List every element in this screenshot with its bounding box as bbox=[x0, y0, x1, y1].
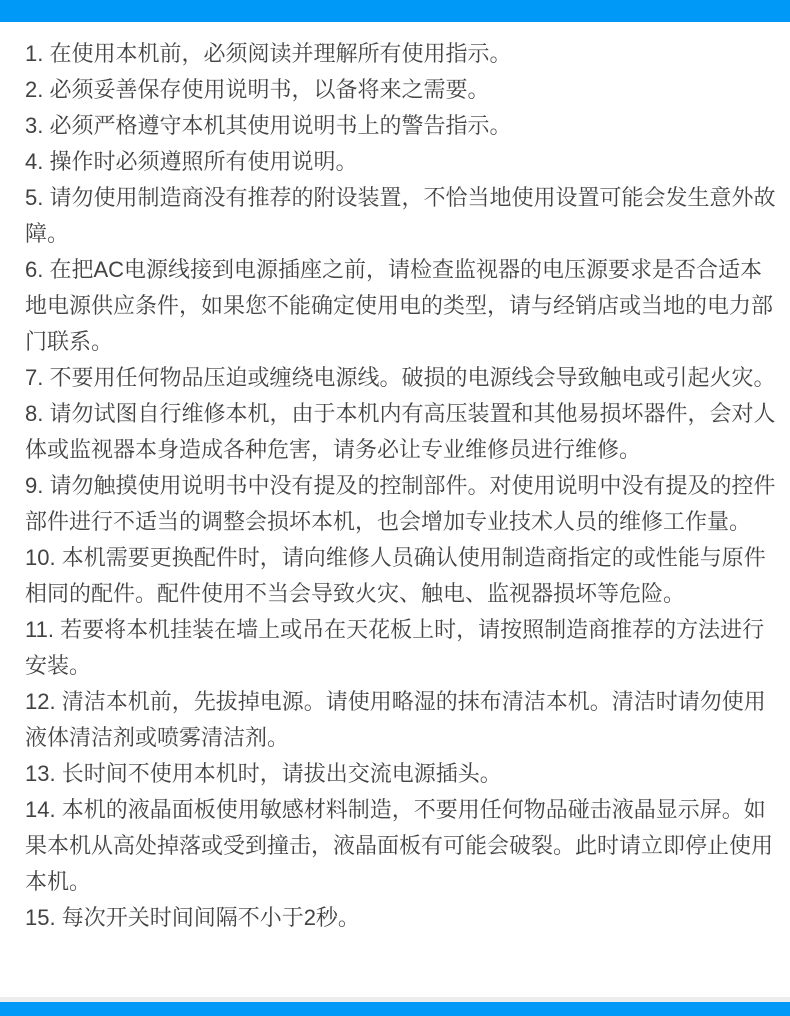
top-border-bar bbox=[0, 0, 790, 22]
instruction-item: 9. 请勿触摸使用说明书中没有提及的控制部件。对使用说明中没有提及的控件部件进行… bbox=[25, 468, 779, 540]
safety-instructions-page: 1. 在使用本机前，必须阅读并理解所有使用指示。 2. 必须妥善保存使用说明书，… bbox=[0, 0, 790, 1016]
instruction-item: 1. 在使用本机前，必须阅读并理解所有使用指示。 bbox=[25, 36, 779, 72]
instruction-item: 5. 请勿使用制造商没有推荐的附设装置，不恰当地使用设置可能会发生意外故障。 bbox=[25, 180, 779, 252]
instruction-item: 14. 本机的液晶面板使用敏感材料制造，不要用任何物品碰击液晶显示屏。如果本机从… bbox=[25, 792, 779, 900]
instruction-item: 11. 若要将本机挂装在墙上或吊在天花板上时，请按照制造商推荐的方法进行安装。 bbox=[25, 612, 779, 684]
bottom-border-bar bbox=[0, 1002, 790, 1016]
instruction-item: 8. 请勿试图自行维修本机，由于本机内有高压装置和其他易损坏器件，会对人体或监视… bbox=[25, 396, 779, 468]
instruction-item: 2. 必须妥善保存使用说明书，以备将来之需要。 bbox=[25, 72, 779, 108]
instruction-item: 12. 清洁本机前，先拔掉电源。请使用略湿的抹布清洁本机。清洁时请勿使用液体清洁… bbox=[25, 684, 779, 756]
instruction-item: 7. 不要用任何物品压迫或缠绕电源线。破损的电源线会导致触电或引起火灾。 bbox=[25, 360, 779, 396]
instructions-list: 1. 在使用本机前，必须阅读并理解所有使用指示。 2. 必须妥善保存使用说明书，… bbox=[0, 22, 790, 997]
instruction-item: 15. 每次开关时间间隔不小于2秒。 bbox=[25, 900, 779, 936]
instruction-item: 10. 本机需要更换配件时，请向维修人员确认使用制造商指定的或性能与原件相同的配… bbox=[25, 540, 779, 612]
instruction-item: 3. 必须严格遵守本机其使用说明书上的警告指示。 bbox=[25, 108, 779, 144]
instruction-item: 6. 在把AC电源线接到电源插座之前，请检查监视器的电压源要求是否合适本地电源供… bbox=[25, 252, 779, 360]
instruction-item: 4. 操作时必须遵照所有使用说明。 bbox=[25, 144, 779, 180]
instruction-item: 13. 长时间不使用本机时，请拔出交流电源插头。 bbox=[25, 756, 779, 792]
